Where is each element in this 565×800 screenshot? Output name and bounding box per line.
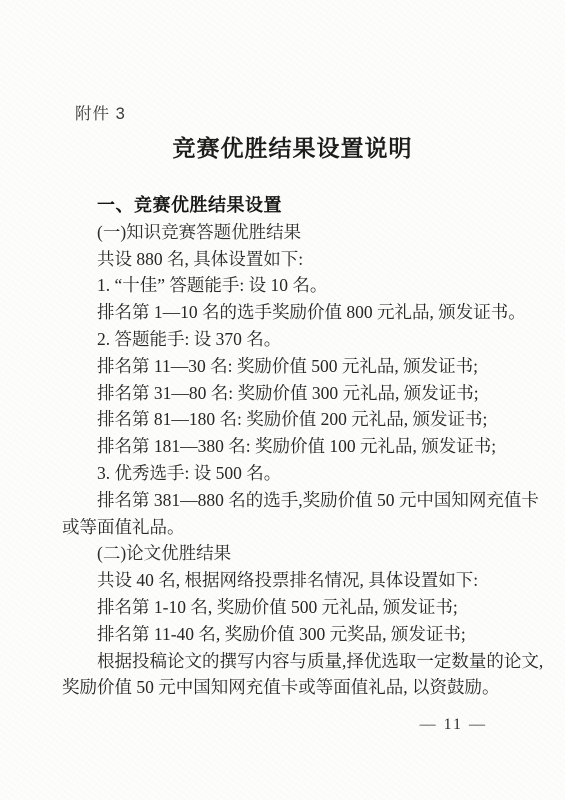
document-line: 根据投稿论文的撰写内容与质量,择优选取一定数量的论文, [62,648,510,675]
document-line: 排名第 81—180 名: 奖励价值 200 元礼品, 颁发证书; [62,406,510,433]
document-line: 排名第 381—880 名的选手,奖励价值 50 元中国知网充值卡 [62,487,510,514]
attachment-label: 附件 3 [75,100,126,124]
document-line: (二)论文优胜结果 [62,540,510,567]
document-line: 2. 答题能手: 设 370 名。 [62,326,510,353]
document-line: 奖励价值 50 元中国知网充值卡或等面值礼品, 以资鼓励。 [62,674,510,701]
page-number: — 11 — [420,716,487,734]
document-line: 3. 优秀选手: 设 500 名。 [62,460,510,487]
document-line: 共设 880 名, 具体设置如下: [62,246,510,273]
document-line: 1. “十佳” 答题能手: 设 10 名。 [62,272,510,299]
document-page: 附件 3 竞赛优胜结果设置说明 一、竞赛优胜结果设置(一)知识竞赛答题优胜结果共… [0,0,565,800]
document-body: 一、竞赛优胜结果设置(一)知识竞赛答题优胜结果共设 880 名, 具体设置如下:… [62,192,510,701]
document-line: 排名第 1-10 名, 奖励价值 500 元礼品, 颁发证书; [62,594,510,621]
document-line: 共设 40 名, 根据网络投票排名情况, 具体设置如下: [62,567,510,594]
document-line: (一)知识竞赛答题优胜结果 [62,219,510,246]
document-line: 或等面值礼品。 [62,514,510,541]
document-line: 排名第 31—80 名: 奖励价值 300 元礼品, 颁发证书; [62,380,510,407]
document-line: 排名第 11—30 名: 奖励价值 500 元礼品, 颁发证书; [62,353,510,380]
document-line: 排名第 11-40 名, 奖励价值 300 元奖品, 颁发证书; [62,621,510,648]
document-line: 排名第 1—10 名的选手奖励价值 800 元礼品, 颁发证书。 [62,299,510,326]
document-line: 排名第 181—380 名: 奖励价值 100 元礼品, 颁发证书; [62,433,510,460]
page-title: 竞赛优胜结果设置说明 [0,130,565,163]
document-line: 一、竞赛优胜结果设置 [62,192,510,219]
